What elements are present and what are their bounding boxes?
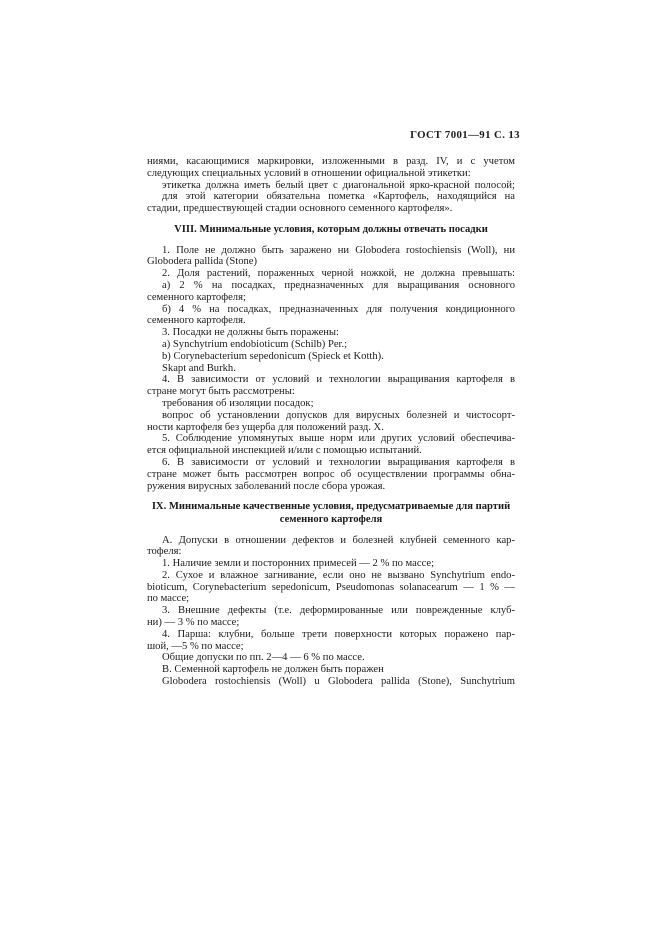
text-line: 4. В зависимости от условий и технологии… xyxy=(147,374,515,386)
text-line: Globodera pallida (Stone) xyxy=(147,256,515,268)
text-line: стране могут быть рассмотрены: xyxy=(147,386,515,398)
text-line: 4. Парша: клубни, больше трети поверхнос… xyxy=(147,629,515,641)
text-line: 6. В зависимости от условий и технологии… xyxy=(147,457,515,469)
text-line: этикетка должна иметь белый цвет с диаго… xyxy=(147,180,515,192)
text-line: ности картофеля без ущерба для положений… xyxy=(147,422,515,434)
text-line: шой, —5 % по массе; xyxy=(147,641,515,653)
text-line: 2. Доля растений, пораженных черной ножк… xyxy=(147,268,515,280)
document-content: ниями, касающимися маркировки, изложенны… xyxy=(147,156,515,688)
heading-line: IX. Минимальные качественные условия, пр… xyxy=(152,501,510,512)
text-line: для этой категории обязательна пометка «… xyxy=(147,191,515,203)
text-line: семенного картофеля. xyxy=(147,315,515,327)
text-line: 3. Посадки не должны быть поражены: xyxy=(147,327,515,339)
text-line: ружения вирусных заболеваний после сбора… xyxy=(147,481,515,493)
text-line: б) 4 % на посадках, предназначенных для … xyxy=(147,304,515,316)
text-line: 5. Соблюдение упомянутых выше норм или д… xyxy=(147,433,515,445)
text-line: стадии, предшествующей стадии основного … xyxy=(147,203,515,215)
text-line: 1. Наличие земли и посторонних примесей … xyxy=(147,558,515,570)
text-line: a) Synchytrium endobioticum (Schilb) Per… xyxy=(147,339,515,351)
text-line: ни) — 3 % по массе; xyxy=(147,617,515,629)
text-line: требования об изоляции посадок; xyxy=(147,398,515,410)
text-line: Globodera rostochiensis (Woll) u Globode… xyxy=(147,676,515,688)
text-line: 2. Сухое и влажное загнивание, если оно … xyxy=(147,570,515,582)
section-ix-heading: IX. Минимальные качественные условия, пр… xyxy=(147,501,515,526)
text-line: ниями, касающимися маркировки, изложенны… xyxy=(147,156,515,168)
text-line: Skapt and Burkh. xyxy=(147,363,515,375)
text-line: стране может быть рассмотрен вопрос об о… xyxy=(147,469,515,481)
document-page: ГОСТ 7001—91 С. 13 ниями, касающимися ма… xyxy=(0,0,661,936)
doc-reference: ГОСТ 7001—91 С. 13 xyxy=(410,129,520,141)
text-line: b) Corynebacterium sepedonicum (Spieck e… xyxy=(147,351,515,363)
section-viii-heading: VIII. Минимальные условия, которым должн… xyxy=(147,224,515,237)
text-line: Общие допуски по пп. 2—4 — 6 % по массе. xyxy=(147,652,515,664)
text-line: по массе; xyxy=(147,593,515,605)
text-line: 1. Поле не должно быть заражено ни Globo… xyxy=(147,245,515,257)
heading-line: семенного картофеля xyxy=(280,514,383,525)
text-line: вопрос об установлении допусков для виру… xyxy=(147,410,515,422)
text-line: следующих специальных условий в отношени… xyxy=(147,168,515,180)
text-line: В. Семенной картофель не должен быть пор… xyxy=(147,664,515,676)
text-line: bioticum, Corynebacterium sepedonicum, P… xyxy=(147,582,515,594)
text-line: ется официальной инспекцией и/или с помо… xyxy=(147,445,515,457)
text-line: семенного картофеля; xyxy=(147,292,515,304)
text-line: А. Допуски в отношении дефектов и болезн… xyxy=(147,535,515,547)
text-line: а) 2 % на посадках, предназначенных для … xyxy=(147,280,515,292)
text-line: тофеля: xyxy=(147,546,515,558)
text-line: 3. Внешние дефекты (т.е. деформированные… xyxy=(147,605,515,617)
page-header: ГОСТ 7001—91 С. 13 xyxy=(147,129,520,141)
